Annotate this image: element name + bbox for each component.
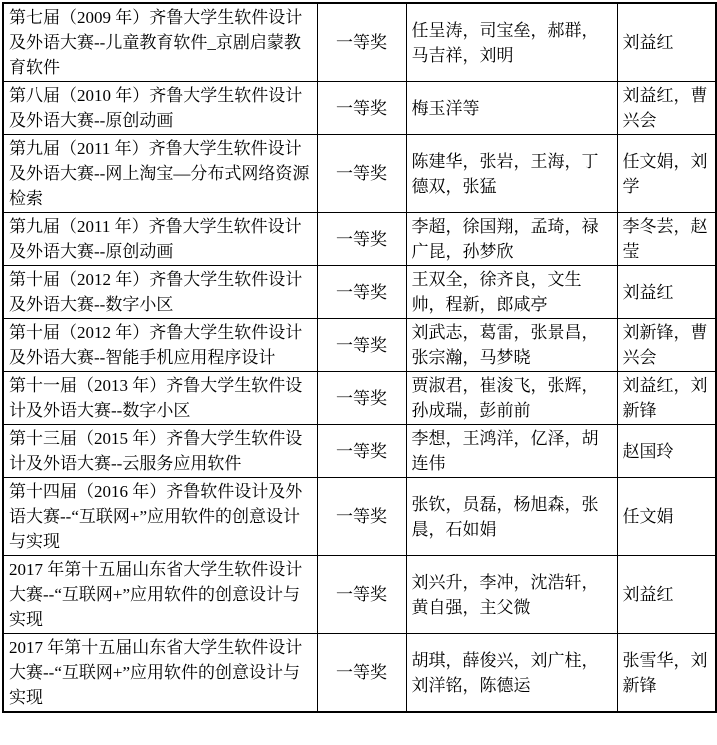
table-row: 2017 年第十五届山东省大学生软件设计大赛--“互联网+”应用软件的创意设计与… xyxy=(3,634,716,713)
students-cell: 任呈涛，司宝垒，郝群，马吉祥，刘明 xyxy=(406,3,617,82)
award-cell: 一等奖 xyxy=(317,634,406,713)
students-cell: 李超，徐国翔，孟琦，禄广昆，孙梦欣 xyxy=(406,213,617,266)
competition-cell: 第十届（2012 年）齐鲁大学生软件设计及外语大赛--数字小区 xyxy=(3,266,317,319)
advisors-cell: 赵国玲 xyxy=(617,425,716,478)
students-cell: 李想，王鸿洋，亿泽，胡连伟 xyxy=(406,425,617,478)
award-cell: 一等奖 xyxy=(317,319,406,372)
students-cell: 刘兴升，李冲，沈浩轩，黄自强，主父微 xyxy=(406,556,617,634)
advisors-cell: 任文娟 xyxy=(617,478,716,556)
advisors-cell: 刘益红，刘新锋 xyxy=(617,372,716,425)
advisors-cell: 刘益红 xyxy=(617,3,716,82)
table-row: 第七届（2009 年）齐鲁大学生软件设计及外语大赛--儿童教育软件_京剧启蒙教育… xyxy=(3,3,716,82)
award-cell: 一等奖 xyxy=(317,82,406,135)
table-row: 2017 年第十五届山东省大学生软件设计大赛--“互联网+”应用软件的创意设计与… xyxy=(3,556,716,634)
competition-cell: 第十届（2012 年）齐鲁大学生软件设计及外语大赛--智能手机应用程序设计 xyxy=(3,319,317,372)
advisors-cell: 刘新锋，曹兴会 xyxy=(617,319,716,372)
students-cell: 贾淑君，崔浚飞，张辉，孙成瑞，彭前前 xyxy=(406,372,617,425)
table-row: 第十四届（2016 年）齐鲁软件设计及外语大赛--“互联网+”应用软件的创意设计… xyxy=(3,478,716,556)
table-row: 第九届（2011 年）齐鲁大学生软件设计及外语大赛--原创动画一等奖李超，徐国翔… xyxy=(3,213,716,266)
advisors-cell: 张雪华，刘新锋 xyxy=(617,634,716,713)
students-cell: 刘武志，葛雷，张景昌，张宗瀚，马梦晓 xyxy=(406,319,617,372)
competition-cell: 2017 年第十五届山东省大学生软件设计大赛--“互联网+”应用软件的创意设计与… xyxy=(3,634,317,713)
award-cell: 一等奖 xyxy=(317,372,406,425)
competition-cell: 第十三届（2015 年）齐鲁大学生软件设计及外语大赛--云服务应用软件 xyxy=(3,425,317,478)
award-cell: 一等奖 xyxy=(317,135,406,213)
students-cell: 张钦，员磊，杨旭森，张晨，石如娟 xyxy=(406,478,617,556)
awards-table-body: 第七届（2009 年）齐鲁大学生软件设计及外语大赛--儿童教育软件_京剧启蒙教育… xyxy=(3,3,716,712)
award-cell: 一等奖 xyxy=(317,213,406,266)
competition-cell: 第九届（2011 年）齐鲁大学生软件设计及外语大赛--网上淘宝—分布式网络资源检… xyxy=(3,135,317,213)
award-cell: 一等奖 xyxy=(317,425,406,478)
advisors-cell: 任文娟，刘学 xyxy=(617,135,716,213)
competition-cell: 2017 年第十五届山东省大学生软件设计大赛--“互联网+”应用软件的创意设计与… xyxy=(3,556,317,634)
advisors-cell: 刘益红 xyxy=(617,266,716,319)
advisors-cell: 刘益红，曹兴会 xyxy=(617,82,716,135)
students-cell: 胡琪，薛俊兴，刘广柱，刘洋铭，陈德运 xyxy=(406,634,617,713)
competition-cell: 第九届（2011 年）齐鲁大学生软件设计及外语大赛--原创动画 xyxy=(3,213,317,266)
award-cell: 一等奖 xyxy=(317,3,406,82)
table-row: 第八届（2010 年）齐鲁大学生软件设计及外语大赛--原创动画一等奖梅玉洋等刘益… xyxy=(3,82,716,135)
table-row: 第十三届（2015 年）齐鲁大学生软件设计及外语大赛--云服务应用软件一等奖李想… xyxy=(3,425,716,478)
table-row: 第十届（2012 年）齐鲁大学生软件设计及外语大赛--数字小区一等奖王双全，徐齐… xyxy=(3,266,716,319)
document-page: 第七届（2009 年）齐鲁大学生软件设计及外语大赛--儿童教育软件_京剧启蒙教育… xyxy=(0,0,717,745)
students-cell: 陈建华，张岩，王海，丁德双，张猛 xyxy=(406,135,617,213)
awards-table: 第七届（2009 年）齐鲁大学生软件设计及外语大赛--儿童教育软件_京剧启蒙教育… xyxy=(2,2,717,713)
table-row: 第九届（2011 年）齐鲁大学生软件设计及外语大赛--网上淘宝—分布式网络资源检… xyxy=(3,135,716,213)
award-cell: 一等奖 xyxy=(317,266,406,319)
advisors-cell: 李冬芸，赵莹 xyxy=(617,213,716,266)
competition-cell: 第十一届（2013 年）齐鲁大学生软件设计及外语大赛--数字小区 xyxy=(3,372,317,425)
students-cell: 梅玉洋等 xyxy=(406,82,617,135)
competition-cell: 第八届（2010 年）齐鲁大学生软件设计及外语大赛--原创动画 xyxy=(3,82,317,135)
competition-cell: 第十四届（2016 年）齐鲁软件设计及外语大赛--“互联网+”应用软件的创意设计… xyxy=(3,478,317,556)
table-row: 第十届（2012 年）齐鲁大学生软件设计及外语大赛--智能手机应用程序设计一等奖… xyxy=(3,319,716,372)
table-row: 第十一届（2013 年）齐鲁大学生软件设计及外语大赛--数字小区一等奖贾淑君，崔… xyxy=(3,372,716,425)
advisors-cell: 刘益红 xyxy=(617,556,716,634)
students-cell: 王双全，徐齐良，文生帅，程新，郎咸亭 xyxy=(406,266,617,319)
competition-cell: 第七届（2009 年）齐鲁大学生软件设计及外语大赛--儿童教育软件_京剧启蒙教育… xyxy=(3,3,317,82)
award-cell: 一等奖 xyxy=(317,556,406,634)
award-cell: 一等奖 xyxy=(317,478,406,556)
